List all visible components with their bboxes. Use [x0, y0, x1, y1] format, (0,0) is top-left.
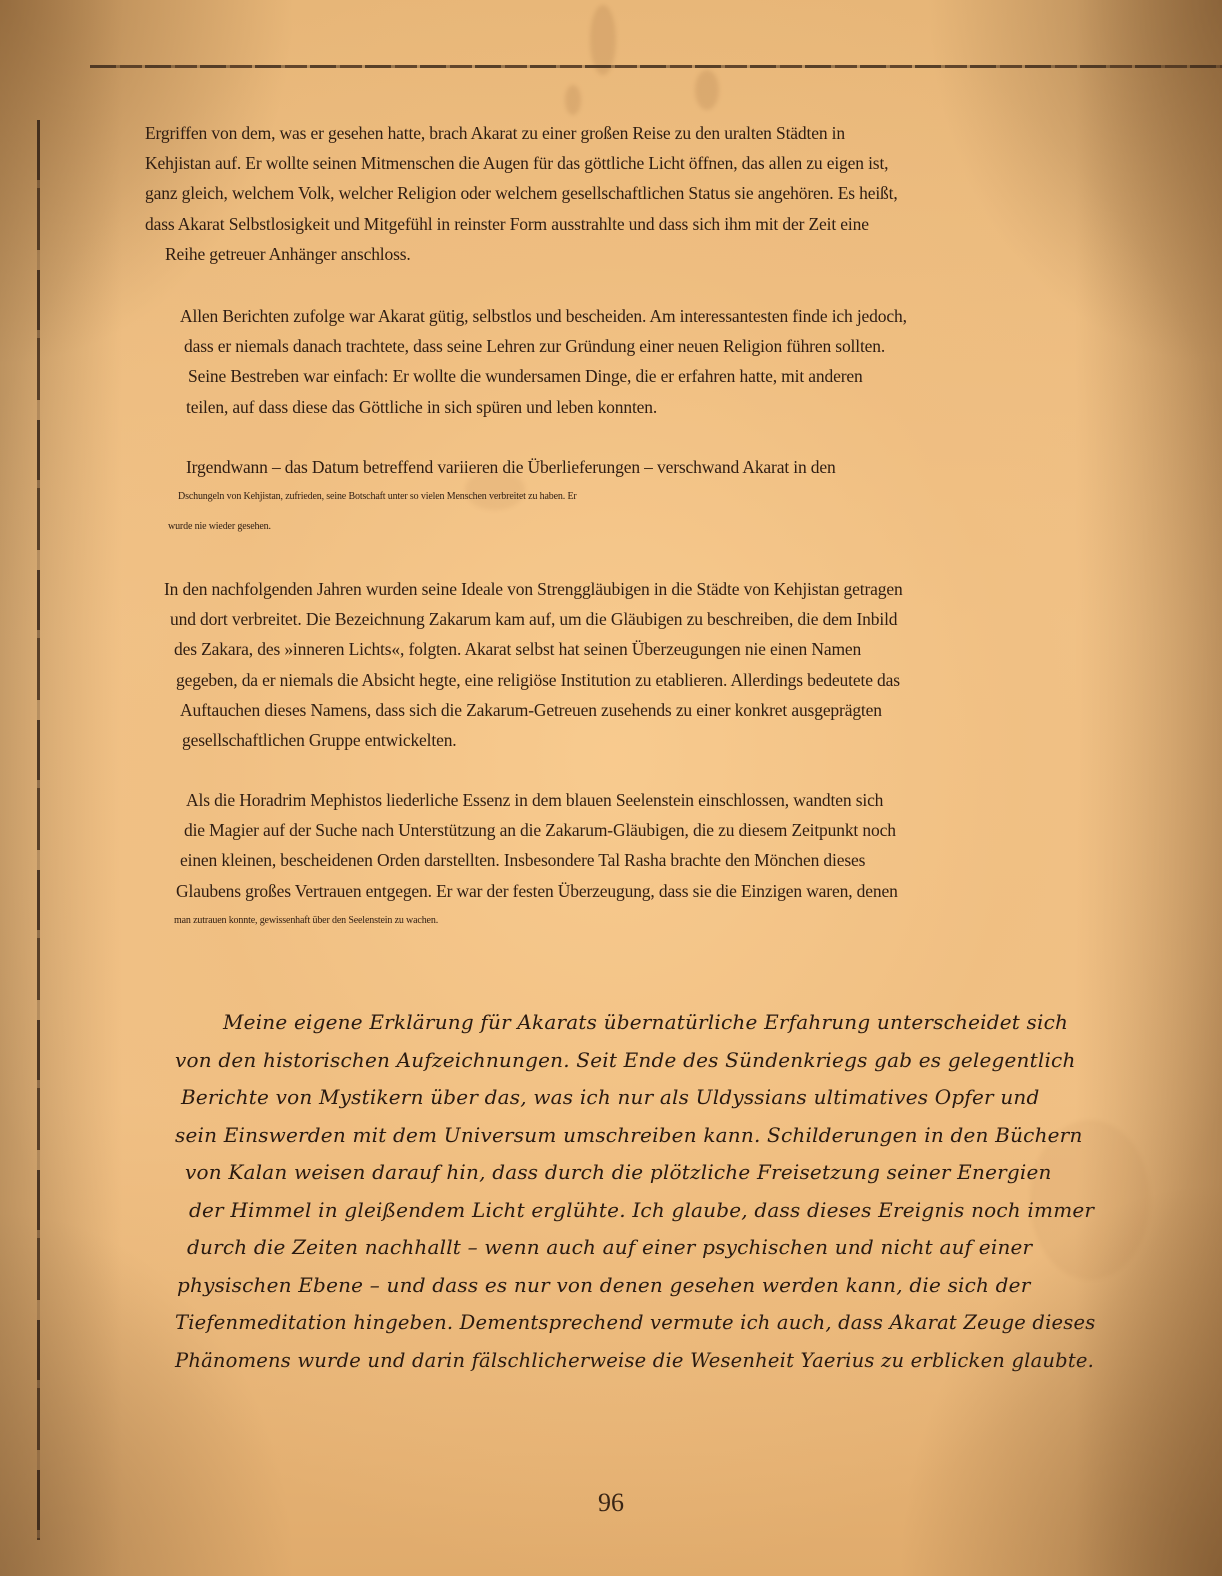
- handwritten-line: von den historischen Aufzeichnungen. Sei…: [175, 1042, 1095, 1080]
- paragraph-2: Allen Berichten zufolge war Akarat gütig…: [180, 301, 1060, 422]
- text-line: Seine Bestreben war einfach: Er wollte d…: [180, 361, 1060, 391]
- text-line: gesellschaftlichen Gruppe entwickelten.: [164, 725, 1044, 755]
- handwritten-line: Berichte von Mystikern über das, was ich…: [175, 1079, 1095, 1117]
- text-line: einen kleinen, bescheidenen Orden darste…: [176, 845, 1056, 875]
- text-line: Dschungeln von Kehjistan, zufrieden, sei…: [178, 482, 1066, 512]
- handwritten-line: durch die Zeiten nachhallt – wenn auch a…: [175, 1229, 1095, 1267]
- handwritten-line: Phänomens wurde und darin fälschlicherwe…: [175, 1342, 1095, 1380]
- parchment-page: Ergriffen von dem, was er gesehen hatte,…: [0, 0, 1222, 1576]
- text-line: des Zakara, des »inneren Lichts«, folgte…: [164, 634, 1044, 664]
- handwritten-line: Tiefenmeditation hingeben. Dementspreche…: [175, 1304, 1095, 1342]
- text-line: ganz gleich, welchem Volk, welcher Relig…: [145, 178, 1025, 208]
- stain: [565, 85, 581, 115]
- text-line: wurde nie wieder gesehen.: [168, 512, 1066, 542]
- paragraph-3: Irgendwann – das Datum betreffend variie…: [186, 452, 1066, 543]
- handwritten-line: von Kalan weisen darauf hin, dass durch …: [175, 1154, 1095, 1192]
- top-divider-rule: [90, 65, 1222, 68]
- text-line: die Magier auf der Suche nach Unterstütz…: [176, 815, 1056, 845]
- text-line: und dort verbreitet. Die Bezeichnung Zak…: [164, 604, 1044, 634]
- text-line: man zutrauen konnte, gewissenhaft über d…: [174, 906, 1056, 936]
- text-line: Glaubens großes Vertrauen entgegen. Er w…: [176, 876, 1056, 906]
- paragraph-1: Ergriffen von dem, was er gesehen hatte,…: [145, 118, 1025, 269]
- text-line: Allen Berichten zufolge war Akarat gütig…: [180, 301, 1060, 331]
- stain: [695, 70, 719, 110]
- text-line: Als die Horadrim Mephistos liederliche E…: [176, 785, 1056, 815]
- text-line: dass Akarat Selbstlosigkeit und Mitgefüh…: [145, 209, 1025, 239]
- text-line: Reihe getreuer Anhänger anschloss.: [145, 239, 1025, 269]
- page-number: 96: [0, 1488, 1222, 1518]
- text-line: Irgendwann – das Datum betreffend variie…: [186, 452, 1066, 482]
- text-line: Ergriffen von dem, was er gesehen hatte,…: [145, 118, 1025, 148]
- text-line: teilen, auf dass diese das Göttliche in …: [180, 392, 1060, 422]
- text-line: dass er niemals danach trachtete, dass s…: [180, 331, 1060, 361]
- left-margin-rule: [37, 120, 40, 1540]
- paragraph-4: In den nachfolgenden Jahren wurden seine…: [164, 574, 1044, 755]
- handwritten-line: der Himmel in gleißendem Licht erglühte.…: [175, 1192, 1095, 1230]
- text-line: gegeben, da er niemals die Absicht hegte…: [164, 665, 1044, 695]
- handwritten-line: Meine eigene Erklärung für Akarats übern…: [175, 1004, 1095, 1042]
- text-line: In den nachfolgenden Jahren wurden seine…: [164, 574, 1044, 604]
- handwritten-note: Meine eigene Erklärung für Akarats übern…: [175, 1004, 1095, 1379]
- text-line: Auftauchen dieses Namens, dass sich die …: [164, 695, 1044, 725]
- text-line: Kehjistan auf. Er wollte seinen Mitmensc…: [145, 148, 1025, 178]
- paragraph-5: Als die Horadrim Mephistos liederliche E…: [176, 785, 1056, 936]
- handwritten-line: sein Einswerden mit dem Universum umschr…: [175, 1117, 1095, 1155]
- handwritten-line: physischen Ebene – und dass es nur von d…: [175, 1267, 1095, 1305]
